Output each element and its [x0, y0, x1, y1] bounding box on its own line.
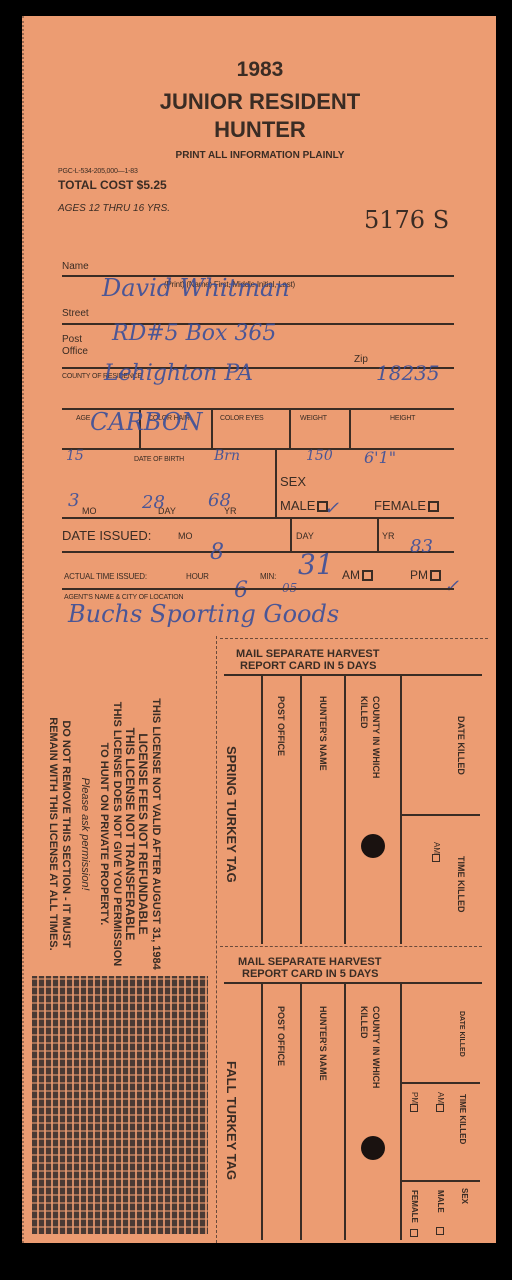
sex-mark: ✓	[324, 498, 339, 519]
female-label: FEMALE	[410, 1190, 419, 1223]
divider	[62, 517, 454, 519]
hunting-license-card: 1983 JUNIOR RESIDENT HUNTER PRINT ALL IN…	[22, 16, 496, 1243]
sex-label: SEX	[280, 474, 306, 489]
divider	[211, 408, 213, 448]
female-checkbox[interactable]	[410, 1229, 418, 1237]
spring-tag-title: SPRING TURKEY TAG	[224, 746, 239, 883]
spring-col-time: TIME KILLED	[456, 856, 466, 913]
fall-col-time: TIME KILLED	[458, 1094, 467, 1144]
street-label: Street	[62, 308, 89, 319]
post-office-value[interactable]: Lehighton PA	[104, 361, 253, 386]
divider	[400, 674, 402, 944]
date-day-value[interactable]: 31	[298, 548, 334, 581]
date-mo-value[interactable]: 8	[210, 540, 224, 565]
mail-line: REPORT CARD IN 5 DAYS	[236, 660, 379, 672]
age-range: AGES 12 THRU 16 YRS.	[58, 203, 170, 214]
spring-am-option[interactable]: AM	[432, 842, 441, 862]
divider	[300, 982, 302, 1240]
am-label: AM	[432, 842, 441, 854]
divider	[344, 982, 346, 1240]
license-year: 1983	[24, 58, 496, 82]
am-label: AM	[342, 568, 360, 582]
divider	[377, 517, 379, 551]
color-eyes-label: COLOR EYES	[220, 415, 264, 422]
divider	[62, 551, 454, 553]
fall-col-sex: SEX	[460, 1188, 469, 1204]
dob-mo-value[interactable]: 3	[68, 490, 79, 511]
punch-hole	[361, 834, 385, 858]
pm-option[interactable]: PM	[410, 568, 441, 582]
fall-col-hunter: HUNTER'S NAME	[318, 1006, 328, 1081]
fall-am-option[interactable]: AM	[436, 1092, 445, 1112]
pm-label: PM	[410, 1092, 419, 1104]
weight-label: WEIGHT	[300, 415, 327, 422]
fall-tag-title: FALL TURKEY TAG	[224, 1061, 239, 1180]
am-option[interactable]: AM	[342, 568, 373, 582]
zip-label: Zip	[354, 354, 368, 365]
dob-mo-label: MO	[82, 506, 97, 516]
pm-label: PM	[410, 568, 428, 582]
name-value[interactable]: David Whitman	[102, 274, 290, 302]
min-label: MIN:	[260, 572, 276, 581]
dob-yr-value[interactable]: 68	[208, 490, 231, 511]
divider	[344, 674, 346, 944]
date-issued-label: DATE ISSUED:	[62, 528, 151, 543]
am-checkbox[interactable]	[436, 1104, 444, 1112]
female-checkbox[interactable]	[428, 501, 439, 512]
fall-col-county: COUNTY IN WHICH KILLED	[358, 1006, 382, 1096]
perforation-horizontal	[220, 946, 482, 947]
hour-label: HOUR	[186, 572, 209, 581]
divider	[275, 448, 277, 518]
male-label: MALE	[436, 1190, 445, 1213]
fall-col-post-office: POST OFFICE	[276, 1006, 286, 1066]
female-label: FEMALE	[374, 498, 426, 513]
height-value[interactable]: 6'1"	[364, 448, 396, 467]
date-mo-label: MO	[178, 531, 193, 541]
pm-checkbox[interactable]	[430, 570, 441, 581]
male-label: MALE	[280, 498, 315, 513]
divider	[290, 517, 292, 551]
security-pattern	[32, 976, 208, 1234]
post-office-label: Post Office	[62, 334, 92, 358]
spring-col-date: DATE KILLED	[456, 716, 466, 775]
am-label: AM	[436, 1092, 445, 1104]
spring-col-county: COUNTY IN WHICH KILLED	[358, 696, 382, 786]
perforation-vertical	[216, 636, 217, 1243]
divider	[400, 982, 402, 1240]
total-cost: TOTAL COST $5.25	[58, 178, 167, 192]
serial-number: 5176 S	[364, 206, 449, 234]
street-value[interactable]: RD#5 Box 365	[112, 321, 276, 346]
punch-hole	[361, 1136, 385, 1160]
age-label: AGE	[76, 415, 90, 422]
divider	[400, 814, 480, 816]
date-yr-label: YR	[382, 531, 395, 541]
divider	[261, 982, 263, 1240]
spring-mail-notice: MAIL SEPARATE HARVEST REPORT CARD IN 5 D…	[236, 648, 379, 672]
divider	[400, 1180, 480, 1182]
divider	[300, 674, 302, 944]
perforation-horizontal	[220, 638, 488, 639]
height-label: HEIGHT	[390, 415, 415, 422]
pm-checkbox[interactable]	[410, 1104, 418, 1112]
mail-line: MAIL SEPARATE HARVEST	[236, 648, 379, 660]
name-label: Name	[62, 261, 89, 272]
fall-pm-option[interactable]: PM	[410, 1092, 419, 1112]
fall-mail-notice: MAIL SEPARATE HARVEST REPORT CARD IN 5 D…	[238, 956, 381, 980]
divider	[349, 408, 351, 448]
am-checkbox[interactable]	[432, 854, 440, 862]
zip-value[interactable]: 18235	[376, 361, 440, 385]
am-checkbox[interactable]	[362, 570, 373, 581]
divider	[62, 588, 454, 590]
spring-col-post-office: POST OFFICE	[276, 696, 286, 756]
date-yr-value[interactable]: 83	[410, 536, 433, 557]
divider	[400, 1082, 480, 1084]
spring-col-hunter: HUNTER'S NAME	[318, 696, 328, 771]
dob-day-value[interactable]: 28	[142, 492, 165, 513]
dob-label: DATE OF BIRTH	[134, 456, 184, 463]
fall-male-option[interactable]: MALE	[436, 1190, 445, 1235]
time-issued-label: ACTUAL TIME ISSUED:	[64, 572, 147, 581]
color-hair-value[interactable]: Brn	[214, 448, 240, 464]
form-code: PGC-L-534-205,000—1-83	[58, 168, 138, 175]
divider	[261, 674, 263, 944]
female-option[interactable]: FEMALE	[374, 498, 439, 513]
mail-line: REPORT CARD IN 5 DAYS	[238, 968, 381, 980]
pm-mark: ✓	[444, 576, 459, 597]
fall-col-date: DATE KILLED	[458, 1011, 465, 1057]
county-value[interactable]: CARBON	[90, 408, 203, 436]
mail-line: MAIL SEPARATE HARVEST	[238, 956, 381, 968]
male-checkbox[interactable]	[436, 1227, 444, 1235]
divider	[289, 408, 291, 448]
fall-female-option[interactable]: FEMALE	[410, 1190, 419, 1237]
date-day-label: DAY	[296, 531, 314, 541]
license-title-line1: JUNIOR RESIDENT	[24, 89, 496, 115]
age-value[interactable]: 15	[66, 448, 84, 464]
weight-value[interactable]: 150	[306, 448, 333, 464]
license-title-line2: HUNTER	[24, 117, 496, 143]
male-option[interactable]: MALE	[280, 498, 328, 513]
print-instruction: PRINT ALL INFORMATION PLAINLY	[24, 150, 496, 161]
